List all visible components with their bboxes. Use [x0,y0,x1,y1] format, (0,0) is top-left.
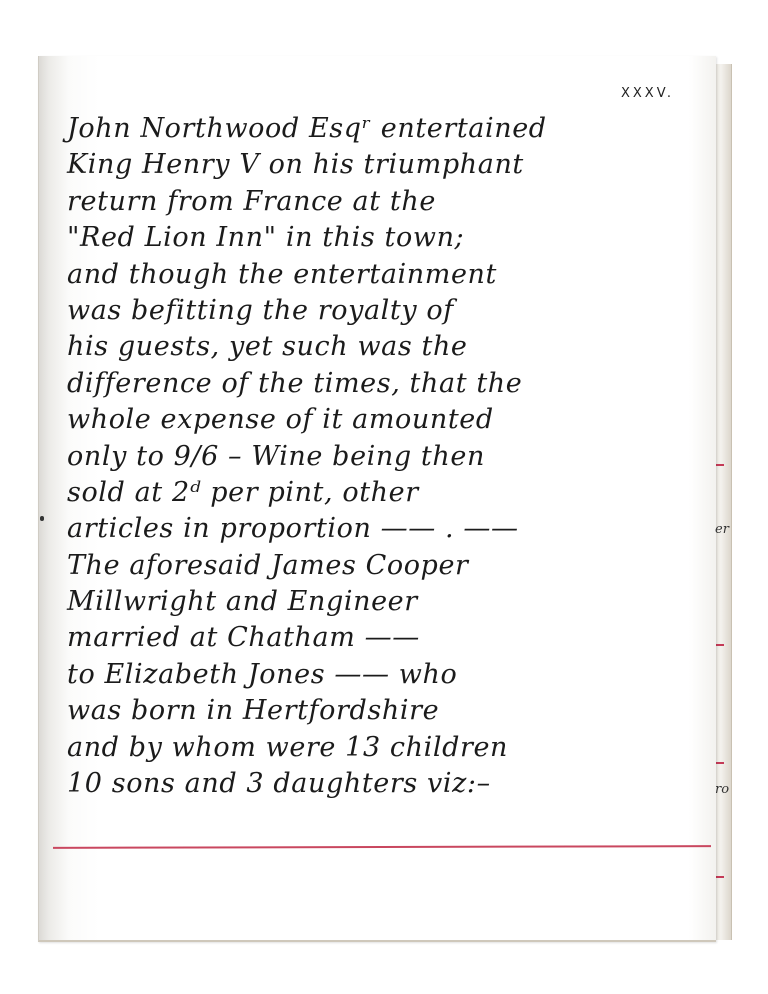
text-line: and by whom were 13 children [67,730,717,766]
ledger-page-stack: XXXV. John Northwood Esqʳ entertained Ki… [38,52,731,940]
text-line: and though the entertainment [67,257,717,293]
text-line: Millwright and Engineer [67,584,717,620]
red-ruled-line [53,845,711,849]
text-line: difference of the times, that the [67,366,717,402]
text-line: was befitting the royalty of [67,293,717,329]
text-line: articles in proportion —— . —— [67,511,717,547]
text-line: whole expense of it amounted [67,402,717,438]
margin-fragment: ro [715,782,729,797]
text-line: King Henry V on his triumphant [67,147,717,183]
text-line: John Northwood Esqʳ entertained [67,111,717,147]
ledger-page: XXXV. John Northwood Esqʳ entertained Ki… [38,56,716,942]
text-line: married at Chatham —— [67,620,717,656]
text-line: return from France at the [67,184,717,220]
text-line: only to 9/6 – Wine being then [67,439,717,475]
text-line: his guests, yet such was the [67,329,717,365]
text-line: The aforesaid James Cooper [67,548,717,584]
page-number: XXXV. [621,86,674,101]
text-line: to Elizabeth Jones —— who [67,657,717,693]
text-line: 10 sons and 3 daughters viz:– [67,766,717,802]
text-line: was born in Hertfordshire [67,693,717,729]
text-line: sold at 2ᵈ per pint, other [67,475,717,511]
margin-fragment: er [715,522,729,537]
handwritten-text-block: John Northwood Esqʳ entertained King Hen… [67,111,717,802]
text-line: "Red Lion Inn" in this town; [67,220,717,256]
binding-hole-mark [40,516,44,521]
